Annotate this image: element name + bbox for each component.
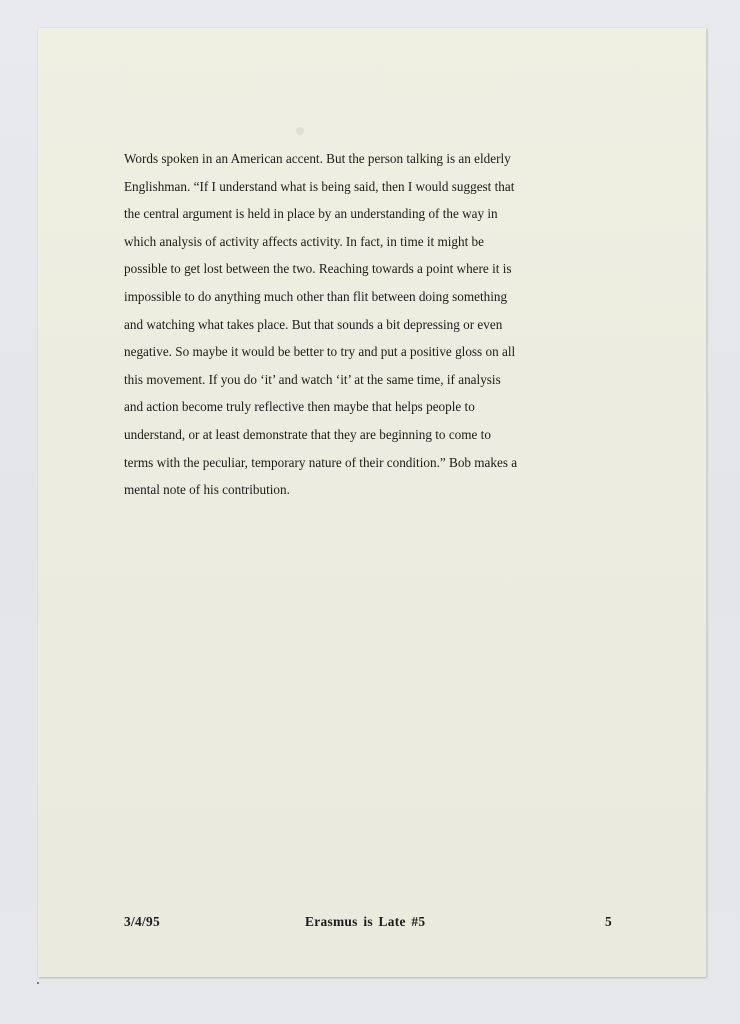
page-number: 5	[605, 914, 612, 930]
body-line: Englishman. “If I understand what is bei…	[124, 173, 564, 201]
body-line: and watching what takes place. But that …	[124, 311, 564, 339]
body-line: terms with the peculiar, temporary natur…	[124, 449, 564, 477]
body-line: impossible to do anything much other tha…	[124, 283, 564, 311]
body-paragraph: Words spoken in an American accent. But …	[124, 145, 564, 504]
footer-title: Erasmus is Late #5	[305, 914, 425, 930]
body-line: which analysis of activity affects activ…	[124, 228, 564, 256]
paper-page: Words spoken in an American accent. But …	[38, 28, 706, 977]
body-line: the central argument is held in place by…	[124, 200, 564, 228]
body-line: mental note of his contribution.	[124, 476, 564, 504]
body-line: and action become truly reflective then …	[124, 393, 564, 421]
body-line: possible to get lost between the two. Re…	[124, 255, 564, 283]
body-line: Words spoken in an American accent. But …	[124, 145, 564, 173]
body-line: negative. So maybe it would be better to…	[124, 338, 564, 366]
page-footer: 3/4/95 Erasmus is Late #5 5	[124, 914, 612, 934]
dust-speck	[37, 982, 39, 984]
body-line: this movement. If you do ‘it’ and watch …	[124, 366, 564, 394]
page-edge	[706, 30, 708, 977]
footer-date: 3/4/95	[124, 914, 160, 930]
body-line: understand, or at least demonstrate that…	[124, 421, 564, 449]
paper-blemish	[296, 127, 304, 135]
